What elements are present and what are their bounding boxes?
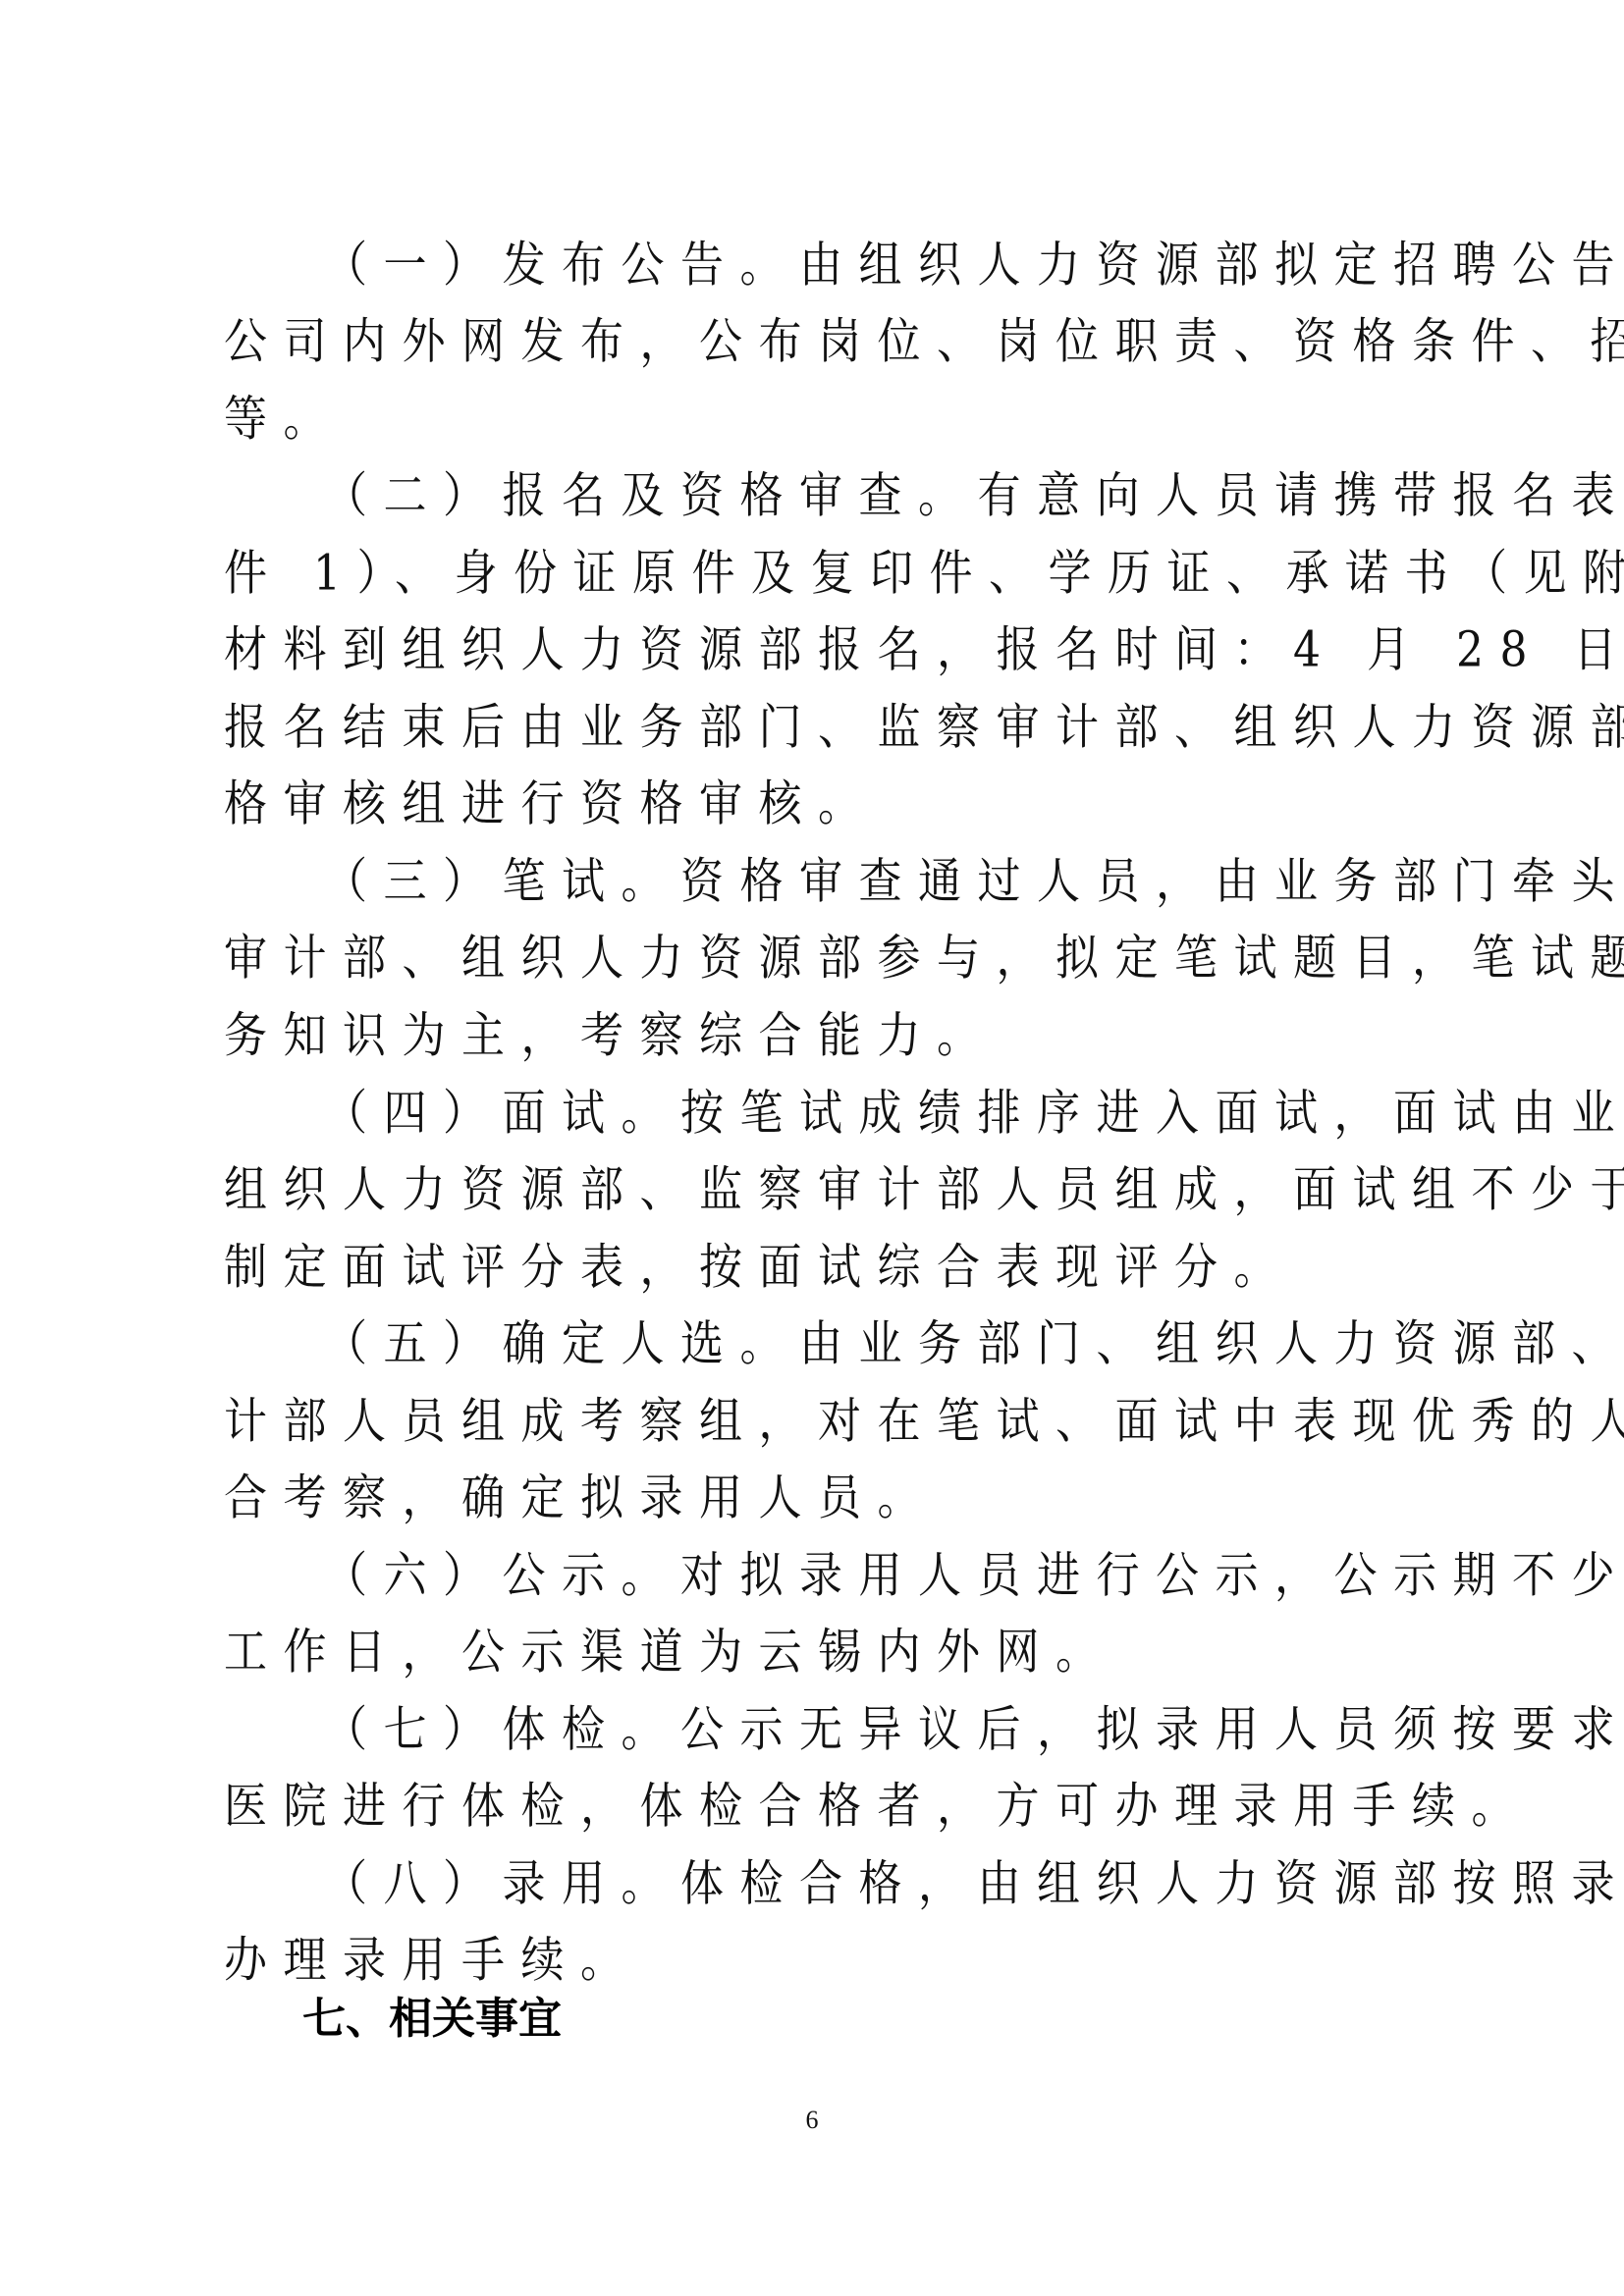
section-4-line-2: 组织人力资源部、监察审计部人员组成，面试组不少于五人， [224,1157,1624,1223]
section-5-line-3: 合考察，确定拟录用人员。 [224,1466,937,1531]
section-2-line-4: 报名结束后由业务部门、监察审计部、组织人力资源部组成资 [224,695,1624,761]
section-6-line-1: （六）公示。对拟录用人员进行公示，公示期不少于 5 个 [324,1543,1624,1609]
section-2-line-2: 件 1）、身份证原件及复印件、学历证、承诺书（见附件 2）等 [224,541,1624,607]
document-page: （一）发布公告。由组织人力资源部拟定招聘公告，并在 公司内外网发布，公布岗位、岗… [0,0,1624,2296]
section-heading: 七、相关事宜 [302,1990,562,2049]
section-1-line-2: 公司内外网发布，公布岗位、岗位职责、资格条件、招聘程序 [224,309,1624,375]
section-3-line-2: 审计部、组织人力资源部参与，拟定笔试题目，笔试题目以业 [224,926,1624,991]
section-2-line-1: （二）报名及资格审查。有意向人员请携带报名表（见附 [324,463,1624,529]
section-4-line-1: （四）面试。按笔试成绩排序进入面试，面试由业务部门、 [324,1081,1624,1147]
section-5-line-2: 计部人员组成考察组，对在笔试、面试中表现优秀的人进行综 [224,1389,1624,1455]
section-6-line-2: 工作日，公示渠道为云锡内外网。 [224,1620,1115,1685]
section-2-line-5: 格审核组进行资格审核。 [224,772,878,837]
section-2-line-3: 材料到组织人力资源部报名，报名时间：4 月 28 日–5 月 15 日， [224,617,1624,683]
section-7-line-1: （七）体检。公示无异议后，拟录用人员须按要求到指定 [324,1697,1624,1763]
page-number: 6 [802,2106,822,2135]
section-8-line-1: （八）录用。体检合格，由组织人力资源部按照录用程序 [324,1851,1624,1917]
section-3-line-3: 务知识为主，考察综合能力。 [224,1003,997,1069]
section-7-line-2: 医院进行体检，体检合格者，方可办理录用手续。 [224,1774,1531,1840]
section-8-line-2: 办理录用手续。 [224,1928,640,1994]
section-1-line-1: （一）发布公告。由组织人力资源部拟定招聘公告，并在 [324,233,1624,298]
section-5-line-1: （五）确定人选。由业务部门、组织人力资源部、监察审 [324,1311,1624,1377]
section-1-line-3: 等。 [224,387,343,453]
section-3-line-1: （三）笔试。资格审查通过人员，由业务部门牵头，监察 [324,849,1624,915]
section-4-line-3: 制定面试评分表，按面试综合表现评分。 [224,1235,1293,1301]
